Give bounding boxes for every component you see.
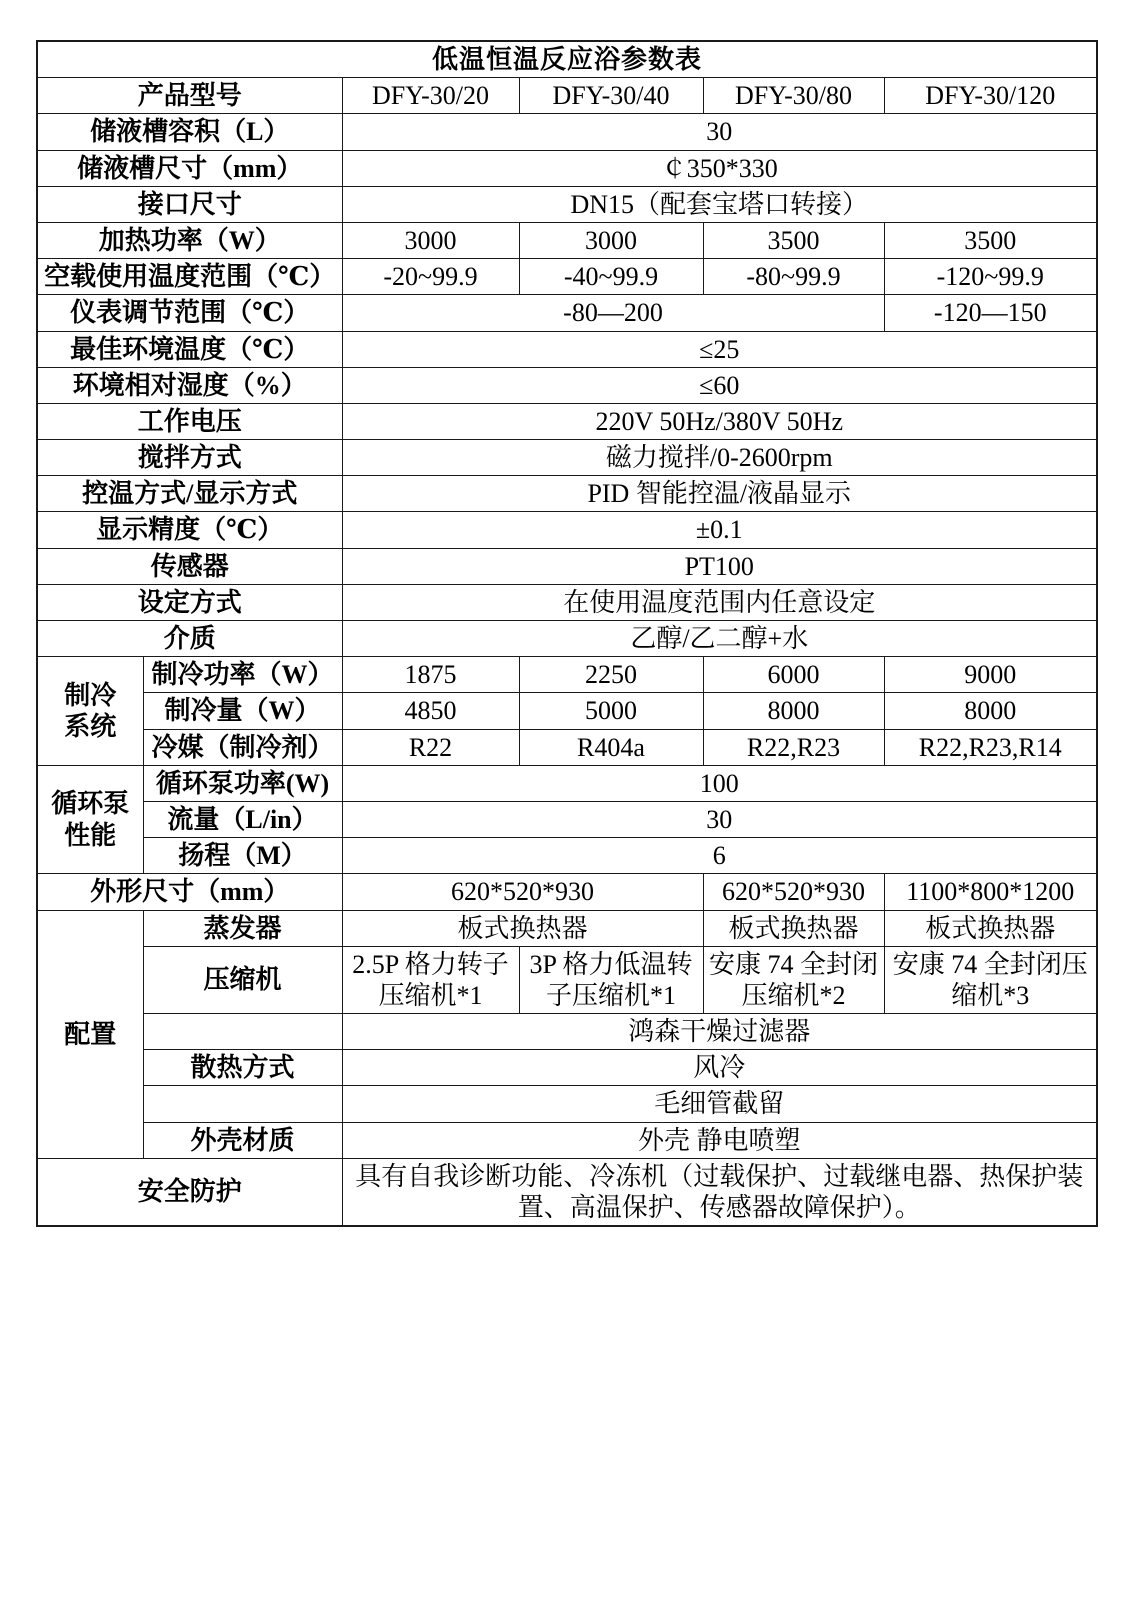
value-cell: 8000 [703, 693, 884, 729]
value-cell: 3000 [519, 222, 703, 258]
row-label-cell: 仪表调节范围（℃） [37, 295, 342, 331]
table-row: 外形尺寸（mm）620*520*930620*520*9301100*800*1… [37, 874, 1097, 910]
row-label-cell [143, 1086, 342, 1122]
value-cell: ≤60 [342, 367, 1097, 403]
value-cell: -120—150 [884, 295, 1097, 331]
value-cell: DFY-30/80 [703, 78, 884, 114]
value-cell: 安康 74 全封闭压缩机*3 [884, 946, 1097, 1013]
value-cell: 30 [342, 114, 1097, 150]
value-cell: 1875 [342, 657, 519, 693]
row-label-cell: 介质 [37, 621, 342, 657]
table-row: 制冷 系统制冷功率（W）1875225060009000 [37, 657, 1097, 693]
group-label-cell: 制冷 系统 [37, 657, 143, 766]
row-label-cell: 环境相对湿度（%） [37, 367, 342, 403]
spec-table-body: 低温恒温反应浴参数表产品型号DFY-30/20DFY-30/40DFY-30/8… [37, 41, 1097, 1226]
value-cell: DN15（配套宝塔口转接） [342, 186, 1097, 222]
row-label-cell: 储液槽尺寸（mm） [37, 150, 342, 186]
row-label-cell: 设定方式 [37, 584, 342, 620]
row-label-cell: 扬程（M） [143, 838, 342, 874]
table-row: 搅拌方式磁力搅拌/0-2600rpm [37, 440, 1097, 476]
table-row: 压缩机2.5P 格力转子压缩机*13P 格力低温转子压缩机*1安康 74 全封闭… [37, 946, 1097, 1013]
table-row: 介质乙醇/乙二醇+水 [37, 621, 1097, 657]
value-cell: -120~99.9 [884, 259, 1097, 295]
row-label-cell: 搅拌方式 [37, 440, 342, 476]
value-cell: 220V 50Hz/380V 50Hz [342, 403, 1097, 439]
table-row: 扬程（M）6 [37, 838, 1097, 874]
row-label-cell: 产品型号 [37, 78, 342, 114]
value-cell: R22,R23 [703, 729, 884, 765]
value-cell: DFY-30/20 [342, 78, 519, 114]
value-cell: 在使用温度范围内任意设定 [342, 584, 1097, 620]
value-cell: 8000 [884, 693, 1097, 729]
value-cell: 鸿森干燥过滤器 [342, 1014, 1097, 1050]
value-cell: 620*520*930 [342, 874, 703, 910]
table-row: 传感器PT100 [37, 548, 1097, 584]
value-cell: 6000 [703, 657, 884, 693]
value-cell: 安康 74 全封闭压缩机*2 [703, 946, 884, 1013]
group-label-cell: 循环泵 性能 [37, 765, 143, 874]
value-cell: 板式换热器 [342, 910, 703, 946]
value-cell: PID 智能控温/液晶显示 [342, 476, 1097, 512]
group-label-cell: 配置 [37, 910, 143, 1158]
table-title: 低温恒温反应浴参数表 [37, 41, 1097, 78]
row-label-cell: 控温方式/显示方式 [37, 476, 342, 512]
table-row: 循环泵 性能循环泵功率(W)100 [37, 765, 1097, 801]
value-cell: 3P 格力低温转子压缩机*1 [519, 946, 703, 1013]
value-cell: PT100 [342, 548, 1097, 584]
value-cell: 5000 [519, 693, 703, 729]
table-row: 外壳材质外壳 静电喷塑 [37, 1122, 1097, 1158]
value-cell: -80~99.9 [703, 259, 884, 295]
table-row: 鸿森干燥过滤器 [37, 1014, 1097, 1050]
row-label-cell: 工作电压 [37, 403, 342, 439]
row-label-cell: 外形尺寸（mm） [37, 874, 342, 910]
table-row: 产品型号DFY-30/20DFY-30/40DFY-30/80DFY-30/12… [37, 78, 1097, 114]
row-label-cell: 空载使用温度范围（℃） [37, 259, 342, 295]
value-cell: 3000 [342, 222, 519, 258]
value-cell: 3500 [703, 222, 884, 258]
value-cell: 9000 [884, 657, 1097, 693]
row-label-cell: 加热功率（W） [37, 222, 342, 258]
value-cell: 2250 [519, 657, 703, 693]
row-label-cell: 接口尺寸 [37, 186, 342, 222]
row-label-cell: 制冷量（W） [143, 693, 342, 729]
value-cell: DFY-30/120 [884, 78, 1097, 114]
table-row: 安全防护具有自我诊断功能、冷冻机（过载保护、过载继电器、热保护装置、高温保护、传… [37, 1158, 1097, 1226]
table-row: 加热功率（W）3000300035003500 [37, 222, 1097, 258]
table-row: 储液槽尺寸（mm）￠350*330 [37, 150, 1097, 186]
value-cell: ≤25 [342, 331, 1097, 367]
row-label-cell: 传感器 [37, 548, 342, 584]
value-cell: DFY-30/40 [519, 78, 703, 114]
value-cell: 风冷 [342, 1050, 1097, 1086]
table-row: 工作电压220V 50Hz/380V 50Hz [37, 403, 1097, 439]
value-cell: 磁力搅拌/0-2600rpm [342, 440, 1097, 476]
value-cell: 乙醇/乙二醇+水 [342, 621, 1097, 657]
table-row: 仪表调节范围（℃）-80—200-120—150 [37, 295, 1097, 331]
row-label-cell: 制冷功率（W） [143, 657, 342, 693]
row-label-cell: 储液槽容积（L） [37, 114, 342, 150]
table-row: 最佳环境温度（℃）≤25 [37, 331, 1097, 367]
row-label-cell: 最佳环境温度（℃） [37, 331, 342, 367]
value-cell: 30 [342, 801, 1097, 837]
value-cell: 外壳 静电喷塑 [342, 1122, 1097, 1158]
table-row: 冷媒（制冷剂）R22R404aR22,R23R22,R23,R14 [37, 729, 1097, 765]
document-page: 低温恒温反应浴参数表产品型号DFY-30/20DFY-30/40DFY-30/8… [0, 0, 1131, 1600]
table-row: 环境相对湿度（%）≤60 [37, 367, 1097, 403]
value-cell: -80—200 [342, 295, 884, 331]
table-row: 显示精度（℃）±0.1 [37, 512, 1097, 548]
value-cell: 板式换热器 [703, 910, 884, 946]
value-cell: 具有自我诊断功能、冷冻机（过载保护、过载继电器、热保护装置、高温保护、传感器故障… [342, 1158, 1097, 1226]
value-cell: R22 [342, 729, 519, 765]
value-cell: 100 [342, 765, 1097, 801]
value-cell: 板式换热器 [884, 910, 1097, 946]
row-label-cell: 外壳材质 [143, 1122, 342, 1158]
row-label-cell: 压缩机 [143, 946, 342, 1013]
table-row: 配置蒸发器板式换热器板式换热器板式换热器 [37, 910, 1097, 946]
value-cell: 3500 [884, 222, 1097, 258]
row-label-cell: 散热方式 [143, 1050, 342, 1086]
value-cell: -40~99.9 [519, 259, 703, 295]
table-row: 制冷量（W）4850500080008000 [37, 693, 1097, 729]
value-cell: 4850 [342, 693, 519, 729]
table-row: 空载使用温度范围（℃）-20~99.9-40~99.9-80~99.9-120~… [37, 259, 1097, 295]
row-label-cell: 显示精度（℃） [37, 512, 342, 548]
table-row: 毛细管截留 [37, 1086, 1097, 1122]
value-cell: ￠350*330 [342, 150, 1097, 186]
value-cell: 毛细管截留 [342, 1086, 1097, 1122]
value-cell: ±0.1 [342, 512, 1097, 548]
value-cell: R404a [519, 729, 703, 765]
table-row: 设定方式在使用温度范围内任意设定 [37, 584, 1097, 620]
row-label-cell [143, 1014, 342, 1050]
table-row: 控温方式/显示方式PID 智能控温/液晶显示 [37, 476, 1097, 512]
row-label-cell: 循环泵功率(W) [143, 765, 342, 801]
row-label-cell: 流量（L/in） [143, 801, 342, 837]
row-label-cell: 冷媒（制冷剂） [143, 729, 342, 765]
table-row: 接口尺寸DN15（配套宝塔口转接） [37, 186, 1097, 222]
spec-table: 低温恒温反应浴参数表产品型号DFY-30/20DFY-30/40DFY-30/8… [36, 40, 1098, 1227]
row-label-cell: 安全防护 [37, 1158, 342, 1226]
value-cell: 2.5P 格力转子压缩机*1 [342, 946, 519, 1013]
value-cell: 620*520*930 [703, 874, 884, 910]
value-cell: 1100*800*1200 [884, 874, 1097, 910]
table-row: 储液槽容积（L）30 [37, 114, 1097, 150]
table-row: 散热方式风冷 [37, 1050, 1097, 1086]
row-label-cell: 蒸发器 [143, 910, 342, 946]
value-cell: 6 [342, 838, 1097, 874]
table-row: 低温恒温反应浴参数表 [37, 41, 1097, 78]
value-cell: R22,R23,R14 [884, 729, 1097, 765]
value-cell: -20~99.9 [342, 259, 519, 295]
table-row: 流量（L/in）30 [37, 801, 1097, 837]
